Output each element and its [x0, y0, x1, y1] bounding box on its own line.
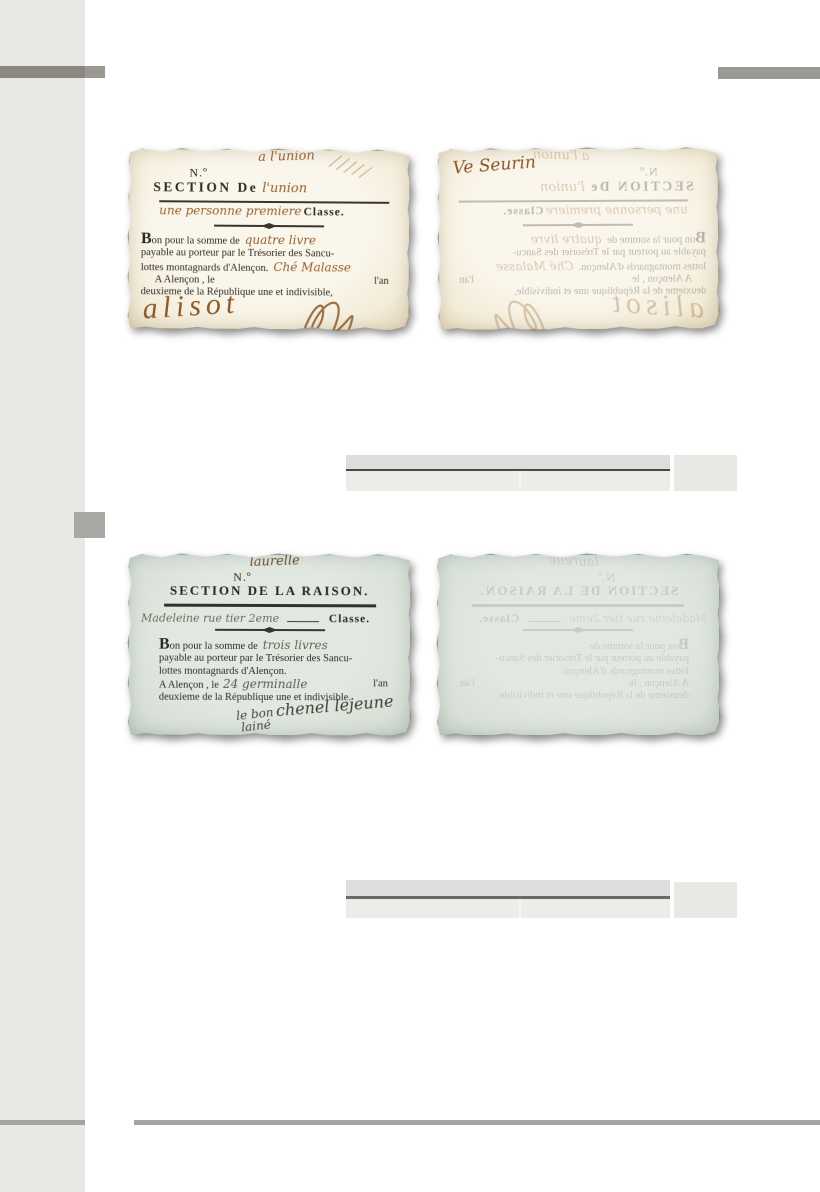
- note-union-front: a l'union N.º SECTION Del'union une pers…: [126, 147, 411, 332]
- signature-alisot: alisot: [142, 298, 239, 316]
- signature-center: le bonlainé: [236, 707, 276, 735]
- ghost-swash-rule: [524, 629, 634, 631]
- ghost-swash-diamond-icon: [571, 627, 587, 633]
- lan-label: l'an: [373, 678, 388, 692]
- swash-diamond-icon: [262, 627, 278, 633]
- lan-label: l'an: [374, 276, 389, 288]
- swash-diamond-icon: [261, 223, 277, 229]
- ghost-signature-flourish-icon: [475, 291, 555, 332]
- ghost-republic-line: deuxieme de la République une et indivis…: [450, 690, 689, 702]
- ghost-lan-label: l'an: [460, 678, 475, 690]
- sum-script: trois livres: [263, 638, 328, 652]
- ghost-place-line: A Alençon , le: [629, 678, 689, 690]
- ghost-sum-line: Bon pour la somme dequatre livre: [451, 232, 706, 248]
- drop-cap: B: [159, 636, 170, 653]
- class-script: une personne premiere: [159, 203, 301, 218]
- ghost-lan-label: l'an: [459, 274, 474, 286]
- note-union-back: a l'union N.º SECTION Del'union une pers…: [437, 146, 721, 331]
- caption-table-2-divider: [519, 899, 521, 918]
- top-left-bar-light: [85, 66, 105, 78]
- lottes-script: Ché Malasse: [273, 260, 351, 275]
- address-row: Madeleine rue tier 2eme Classe.: [141, 610, 398, 626]
- note-union-front-content: a l'union N.º SECTION Del'union une pers…: [126, 147, 411, 332]
- paper-raison-back: laurelle N.º SECTION DE LA RAISON. Madel…: [436, 553, 721, 737]
- ghost-section-title: SECTION De: [589, 178, 694, 194]
- bottom-left-bar: [0, 1120, 85, 1125]
- paper-union-back: a l'union N.º SECTION Del'union une pers…: [437, 146, 721, 331]
- signature-row: le bonlainé chenel lejeune: [141, 704, 398, 737]
- caption-box-1: [674, 455, 737, 491]
- ghost-section-title: SECTION DE LA RAISON.: [450, 585, 707, 601]
- top-right-bar: [718, 67, 820, 79]
- class-label: Classe.: [329, 613, 370, 625]
- place-line: A Alençon , le: [155, 274, 215, 287]
- class-row: une personne premiereClasse.: [159, 204, 397, 222]
- ghost-lottes-line: lottes montagnards d'Alençon.: [450, 666, 689, 678]
- lottes-line-printed: lottes montagnards d'Alençon.: [141, 262, 269, 274]
- ghost-content: laurelle N.º SECTION DE LA RAISON. Madel…: [436, 553, 721, 737]
- signature-flourish-icon: [292, 292, 372, 332]
- sum-script: quatre livre: [245, 233, 316, 247]
- ghost-signature-alisot: alisot: [607, 297, 704, 316]
- ghost-payable-line: payable au porteur par le Trésorier des …: [451, 247, 706, 261]
- paper-union-front: a l'union N.º SECTION Del'union une pers…: [126, 147, 411, 332]
- caption-table-2: [346, 880, 670, 918]
- ghost-class-row: une personne premiereClasse.: [451, 203, 688, 220]
- sum-line-printed: on pour la somme de: [152, 235, 240, 247]
- date-script: 24 germinalle: [223, 677, 308, 691]
- place-line: A Alençon , le: [159, 680, 219, 691]
- caption-box-2: [674, 882, 737, 918]
- ghost-section-row: SECTION Del'union: [451, 180, 694, 198]
- class-label: Classe.: [303, 206, 344, 218]
- caption-table-1-header: [346, 455, 670, 469]
- swash-rule: [215, 629, 325, 631]
- ghost-lottes-line: lottes montagnards d'Alençon.Ché Malasse: [451, 259, 706, 275]
- ghost-sum-script: quatre livre: [531, 232, 602, 246]
- ghost-swash-diamond-icon: [570, 222, 586, 228]
- place-row: A Alençon , le24 germinalle l'an: [159, 678, 398, 693]
- caption-table-1-body: [346, 471, 670, 491]
- ghost-lottes-printed: lottes montagnards d'Alençon.: [579, 261, 707, 273]
- address-script: Madeleine rue tier 2eme: [141, 612, 279, 625]
- caption-table-1: [346, 455, 670, 491]
- ghost-swash-rule: [523, 224, 633, 227]
- top-left-bar-dark: [0, 66, 85, 78]
- signature-row: alisot: [140, 299, 396, 332]
- sum-line-printed: on pour la somme de: [170, 641, 258, 652]
- caption-table-1-divider: [519, 471, 521, 491]
- ghost-sum-printed: on pour la somme de: [607, 234, 695, 245]
- ghost-place-row: A Alençon , le l'an: [450, 678, 689, 690]
- ghost-sum-line: Bon pour la somme de: [450, 639, 689, 653]
- ghost-signature-row: alisot: [451, 298, 706, 332]
- note-raison-back: laurelle N.º SECTION DE LA RAISON. Madel…: [436, 553, 721, 737]
- payable-line: payable au porteur par le Trésorier des …: [159, 653, 398, 666]
- swash-rule: [214, 225, 324, 228]
- ghost-drop-cap: B: [695, 229, 706, 246]
- ghost-place-line: A Alençon , le: [632, 273, 692, 286]
- left-margin-panel: [0, 0, 85, 1192]
- note-raison-front: laurelle N.º SECTION DE LA RAISON. Madel…: [127, 553, 413, 738]
- ghost-class-script: une personne premiere: [545, 202, 687, 217]
- ghost-class-label: Classe.: [502, 205, 543, 217]
- drop-cap: B: [141, 230, 152, 247]
- address-dash-rule: [287, 621, 319, 622]
- ghost-address-script: Madeleine rue tier 2eme: [569, 613, 707, 625]
- ghost-rule: [473, 604, 685, 607]
- caption-table-2-header: [346, 880, 670, 896]
- sum-line: Bon pour la somme detrois livres: [159, 639, 398, 654]
- section-title: SECTION DE LA RAISON.: [141, 585, 398, 602]
- section-title-row: SECTION Del'union: [153, 181, 397, 200]
- ghost-text-block: Bon pour la somme de payable au porteur …: [450, 639, 689, 702]
- section-title: SECTION De: [153, 179, 258, 195]
- ghost-class-label: Classe.: [478, 613, 519, 625]
- paper-raison-front: laurelle N.º SECTION DE LA RAISON. Madel…: [127, 553, 413, 738]
- signature-center-line2: lainé: [241, 718, 272, 735]
- ghost-drop-cap: B: [678, 636, 689, 653]
- rule-line: [164, 604, 376, 608]
- ghost-sum-printed: on pour la somme de: [590, 641, 678, 652]
- signature-chenel: chenel lejeune: [276, 696, 394, 718]
- bottom-right-bar: [134, 1120, 820, 1125]
- place-and-date: A Alençon , le24 germinalle: [159, 678, 308, 693]
- section-name-script: l'union: [262, 181, 307, 196]
- document-page: a l'union N.º SECTION Del'union une pers…: [0, 0, 820, 1192]
- ghost-address-row: Madeleine rue tier 2eme Classe.: [450, 610, 707, 625]
- ghost-address-dash: [529, 621, 561, 622]
- ghost-section-script: l'union: [540, 180, 585, 195]
- section-marker-square: [74, 512, 105, 538]
- caption-table-2-body: [346, 899, 670, 918]
- note-raison-front-content: laurelle N.º SECTION DE LA RAISON. Madel…: [127, 553, 413, 738]
- ghost-payable-line: payable au porteur par le Trésorier des …: [450, 653, 689, 665]
- ghost-lottes-script: Ché Malasse: [496, 259, 574, 273]
- show-through-ghost: laurelle N.º SECTION DE LA RAISON. Madel…: [436, 553, 721, 737]
